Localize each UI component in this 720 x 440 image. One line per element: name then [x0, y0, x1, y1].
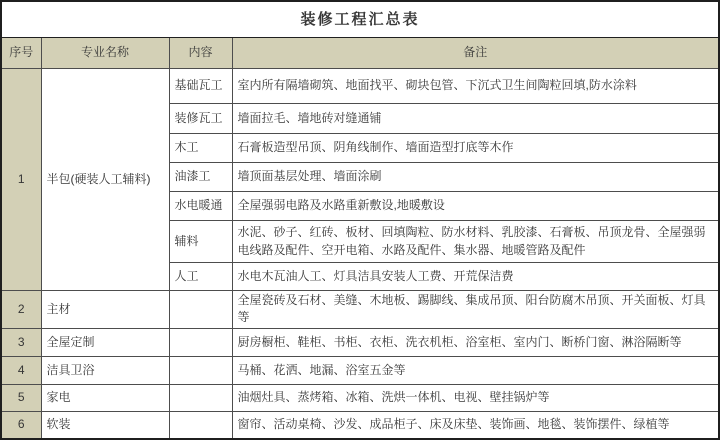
row-category: 全屋定制 [41, 328, 169, 356]
row-content [169, 384, 232, 411]
subrow-remark: 全屋强弱电路及水路重新敷设,地暖敷设 [232, 192, 719, 221]
subrow-remark: 水泥、砂子、红砖、板材、回填陶粒、防水材料、乳胶漆、石膏板、吊顶龙骨、全屋强弱电… [232, 221, 719, 263]
table-row: 1 半包(硬装人工辅料) 基础瓦工 室内所有隔墙砌筑、地面找平、砌块包管、下沉式… [1, 69, 719, 104]
table-title-row: 装修工程汇总表 [1, 1, 719, 38]
col-header-category: 专业名称 [41, 38, 169, 69]
subrow-content: 装修瓦工 [169, 104, 232, 134]
row-remark: 窗帘、活动桌椅、沙发、成品柜子、床及床垫、装饰画、地毯、装饰摆件、绿植等 [232, 411, 719, 439]
table-row: 2 主材 全屋瓷砖及石材、美缝、木地板、踢脚线、集成吊顶、阳台防腐木吊顶、开关面… [1, 291, 719, 329]
subrow-content: 木工 [169, 134, 232, 163]
row-no: 2 [1, 291, 41, 329]
subrow-content: 人工 [169, 263, 232, 291]
row-no: 4 [1, 356, 41, 384]
table-header-row: 序号 专业名称 内容 备注 [1, 38, 719, 69]
col-header-remark: 备注 [232, 38, 719, 69]
table-title: 装修工程汇总表 [1, 1, 719, 38]
subrow-remark: 水电木瓦油人工、灯具洁具安装人工费、开荒保洁费 [232, 263, 719, 291]
row-category: 半包(硬装人工辅料) [41, 69, 169, 291]
row-content [169, 291, 232, 329]
table-row: 5 家电 油烟灶具、蒸烤箱、冰箱、洗烘一体机、电视、壁挂锅炉等 [1, 384, 719, 411]
row-no: 1 [1, 69, 41, 291]
renovation-summary-table: 装修工程汇总表 序号 专业名称 内容 备注 1 半包(硬装人工辅料) 基础瓦工 … [0, 0, 720, 440]
row-category: 主材 [41, 291, 169, 329]
subrow-content: 水电暖通 [169, 192, 232, 221]
row-remark: 马桶、花洒、地漏、浴室五金等 [232, 356, 719, 384]
row-content [169, 328, 232, 356]
subrow-remark: 墙面拉毛、墙地砖对缝通铺 [232, 104, 719, 134]
row-remark: 厨房橱柜、鞋柜、书柜、衣柜、洗衣机柜、浴室柜、室内门、断桥门窗、淋浴隔断等 [232, 328, 719, 356]
row-content [169, 356, 232, 384]
table-row: 4 洁具卫浴 马桶、花洒、地漏、浴室五金等 [1, 356, 719, 384]
row-no: 3 [1, 328, 41, 356]
renovation-summary-sheet: 装修工程汇总表 序号 专业名称 内容 备注 1 半包(硬装人工辅料) 基础瓦工 … [0, 0, 720, 432]
table-row: 6 软装 窗帘、活动桌椅、沙发、成品柜子、床及床垫、装饰画、地毯、装饰摆件、绿植… [1, 411, 719, 439]
table-row: 3 全屋定制 厨房橱柜、鞋柜、书柜、衣柜、洗衣机柜、浴室柜、室内门、断桥门窗、淋… [1, 328, 719, 356]
col-header-no: 序号 [1, 38, 41, 69]
col-header-content: 内容 [169, 38, 232, 69]
subrow-remark: 室内所有隔墙砌筑、地面找平、砌块包管、下沉式卫生间陶粒回填,防水涂料 [232, 69, 719, 104]
row-remark: 全屋瓷砖及石材、美缝、木地板、踢脚线、集成吊顶、阳台防腐木吊顶、开关面板、灯具等 [232, 291, 719, 329]
subrow-remark: 石膏板造型吊顶、阴角线制作、墙面造型打底等木作 [232, 134, 719, 163]
row-category: 家电 [41, 384, 169, 411]
row-category: 洁具卫浴 [41, 356, 169, 384]
row-no: 6 [1, 411, 41, 439]
subrow-content: 辅料 [169, 221, 232, 263]
row-category: 软装 [41, 411, 169, 439]
row-no: 5 [1, 384, 41, 411]
subrow-content: 油漆工 [169, 163, 232, 192]
row-content [169, 411, 232, 439]
subrow-remark: 墙顶面基层处理、墙面涂刷 [232, 163, 719, 192]
subrow-content: 基础瓦工 [169, 69, 232, 104]
row-remark: 油烟灶具、蒸烤箱、冰箱、洗烘一体机、电视、壁挂锅炉等 [232, 384, 719, 411]
